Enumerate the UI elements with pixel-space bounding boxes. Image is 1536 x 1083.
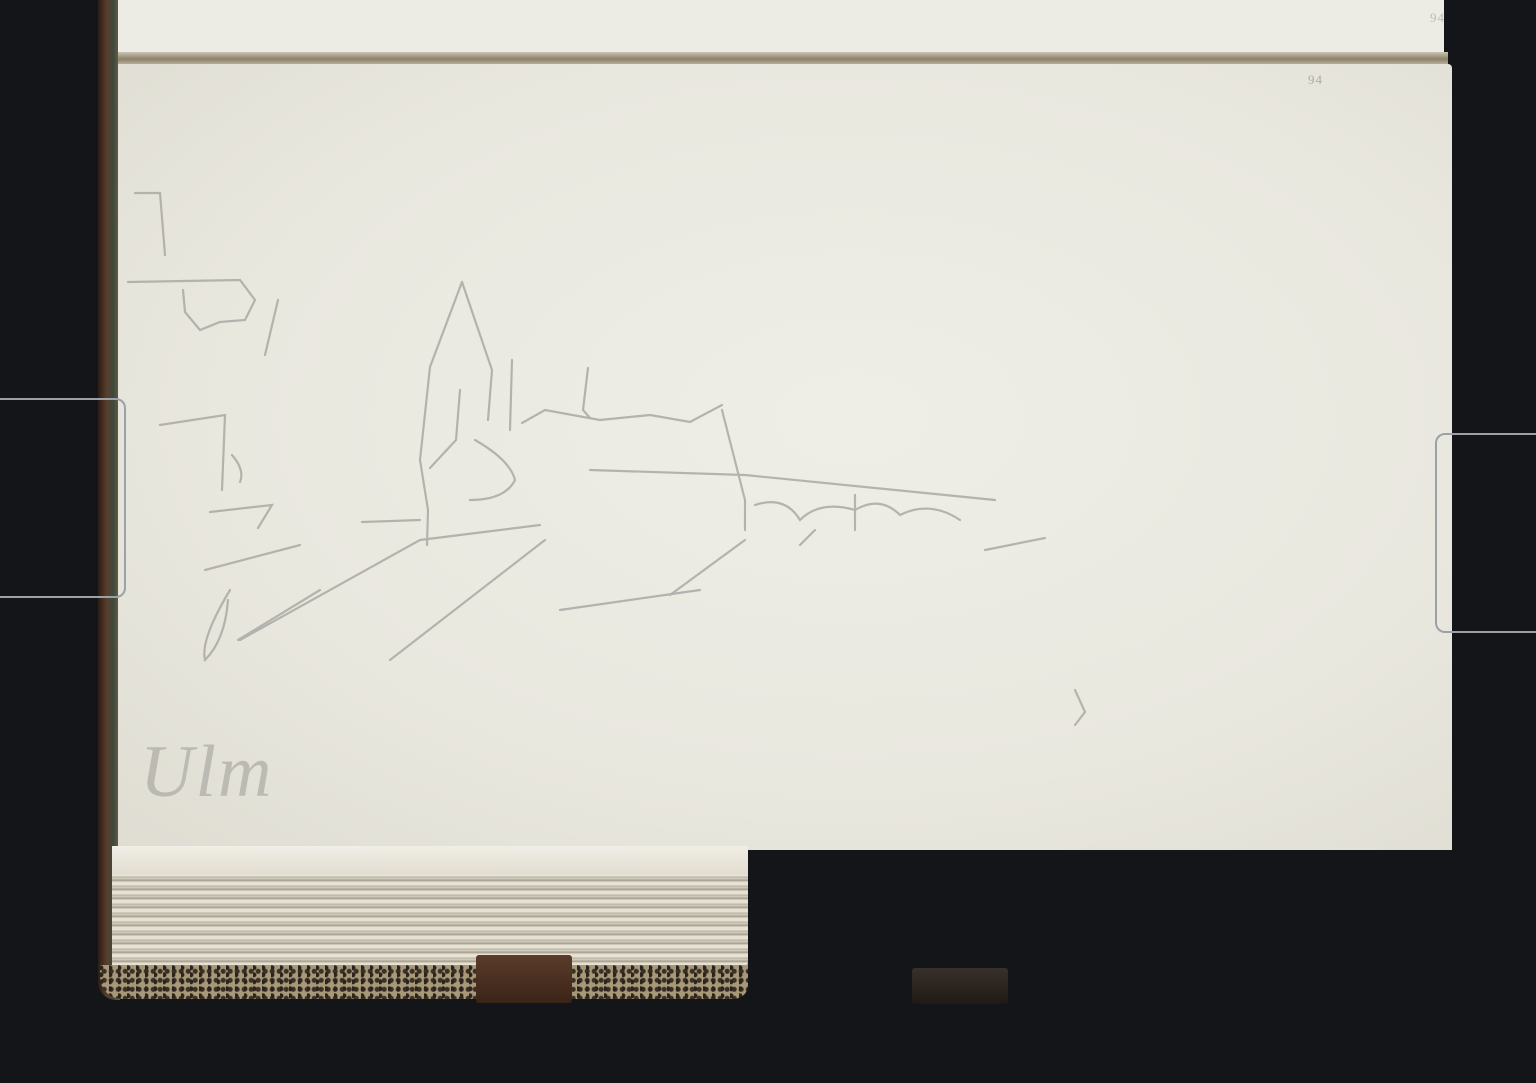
inscription-text: Ulm	[140, 730, 273, 815]
sketchbook-photo: 94 94	[0, 0, 1536, 1083]
pencil-sketch	[0, 0, 1536, 1083]
metal-clip-left	[0, 398, 126, 598]
metal-clip-right	[1435, 433, 1536, 633]
